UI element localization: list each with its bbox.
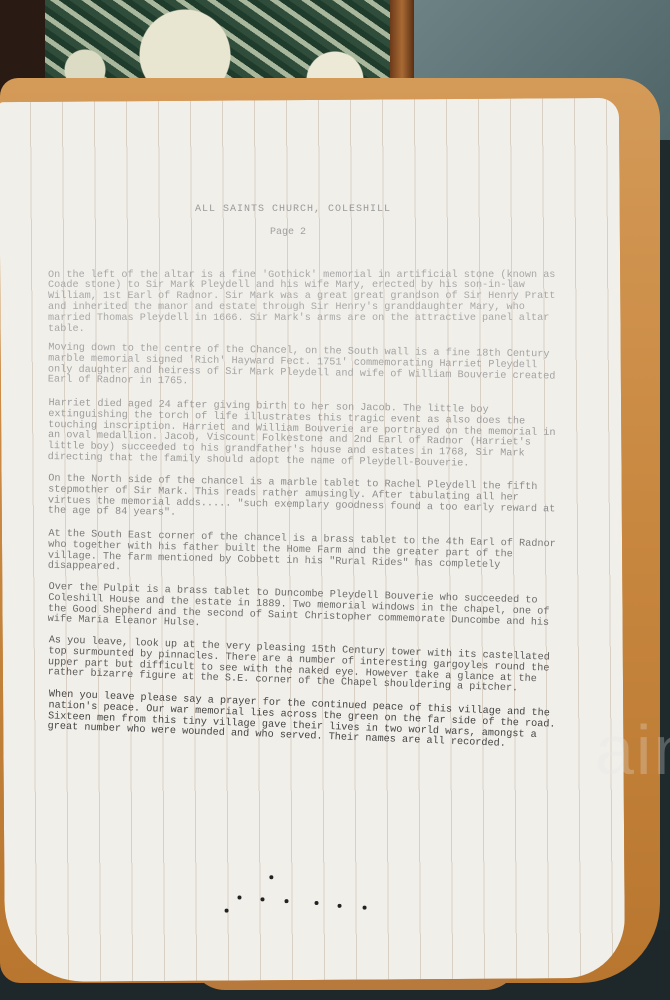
paragraph: Moving down to the centre of the Chancel…	[48, 344, 559, 394]
paragraph: As you leave, look up at the very pleasi…	[47, 636, 558, 697]
paragraph: On the North side of the chancel is a ma…	[48, 475, 559, 527]
paragraph: Over the Pulpit is a brass tablet to Dun…	[47, 583, 558, 640]
watermark-text: ain	[595, 710, 670, 790]
paragraph: Harriet died aged 24 after giving birth …	[48, 399, 559, 472]
page-number: Page 2	[18, 228, 558, 239]
document-title: ALL SAINTS CHURCH, COLESHILL	[28, 205, 558, 216]
paragraph: At the South East corner of the chancel …	[48, 529, 559, 583]
document-text: ALL SAINTS CHURCH, COLESHILL Page 2 On t…	[48, 205, 558, 743]
paragraph: On the left of the altar is a fine 'Goth…	[48, 271, 558, 336]
